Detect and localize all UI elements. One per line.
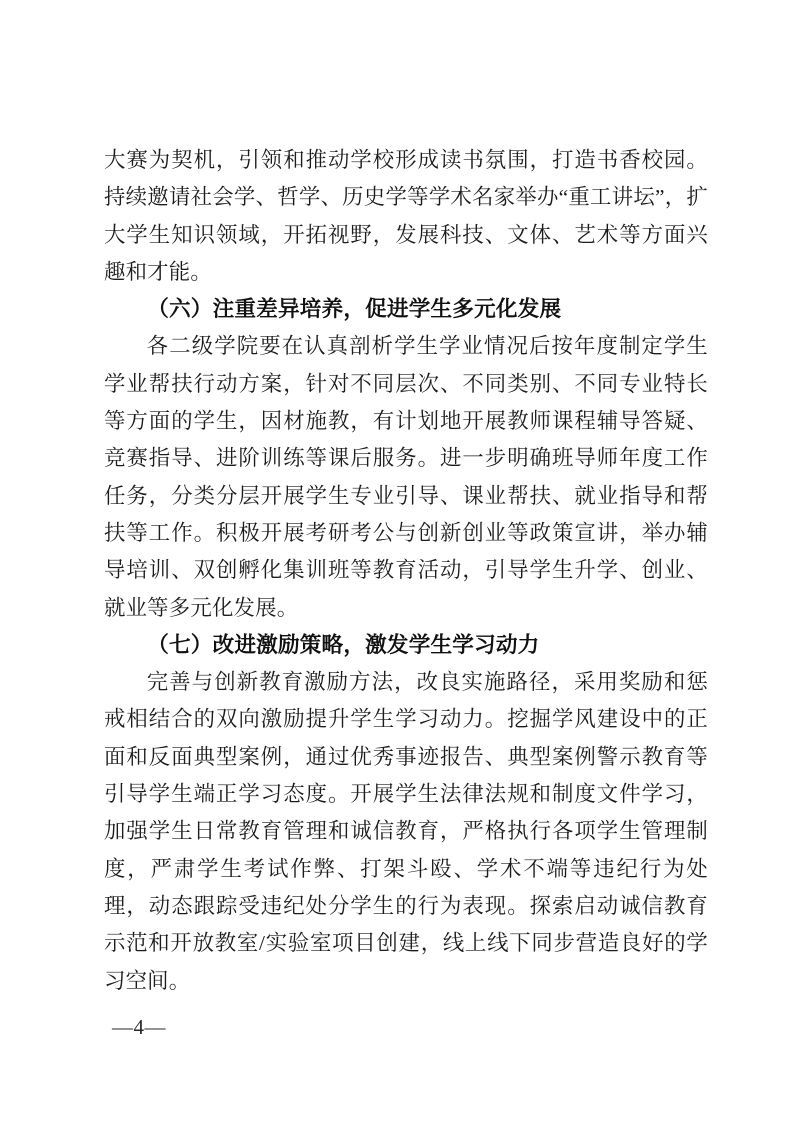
section-heading-seven: （七）改进激励策略，激发学生学习动力 [104,627,708,664]
paragraph-section-six: 各二级学院要在认真剖析学生学业情况后按年度制定学生学业帮扶行动方案，针对不同层次… [104,328,708,626]
paragraph-continuation: 大赛为契机，引领和推动学校形成读书氛围，打造书香校园。持续邀请社会学、哲学、历史… [104,142,708,291]
section-heading-six: （六）注重差异培养，促进学生多元化发展 [104,291,708,328]
paragraph-section-seven: 完善与创新教育激励方法，改良实施路径，采用奖励和惩戒相结合的双向激励提升学生学习… [104,664,708,1000]
page-number: —4— [112,1013,166,1041]
document-page: 大赛为契机，引领和推动学校形成读书氛围，打造书香校园。持续邀请社会学、哲学、历史… [0,0,793,1122]
document-body: 大赛为契机，引领和推动学校形成读书氛围，打造书香校园。持续邀请社会学、哲学、历史… [104,142,708,1000]
